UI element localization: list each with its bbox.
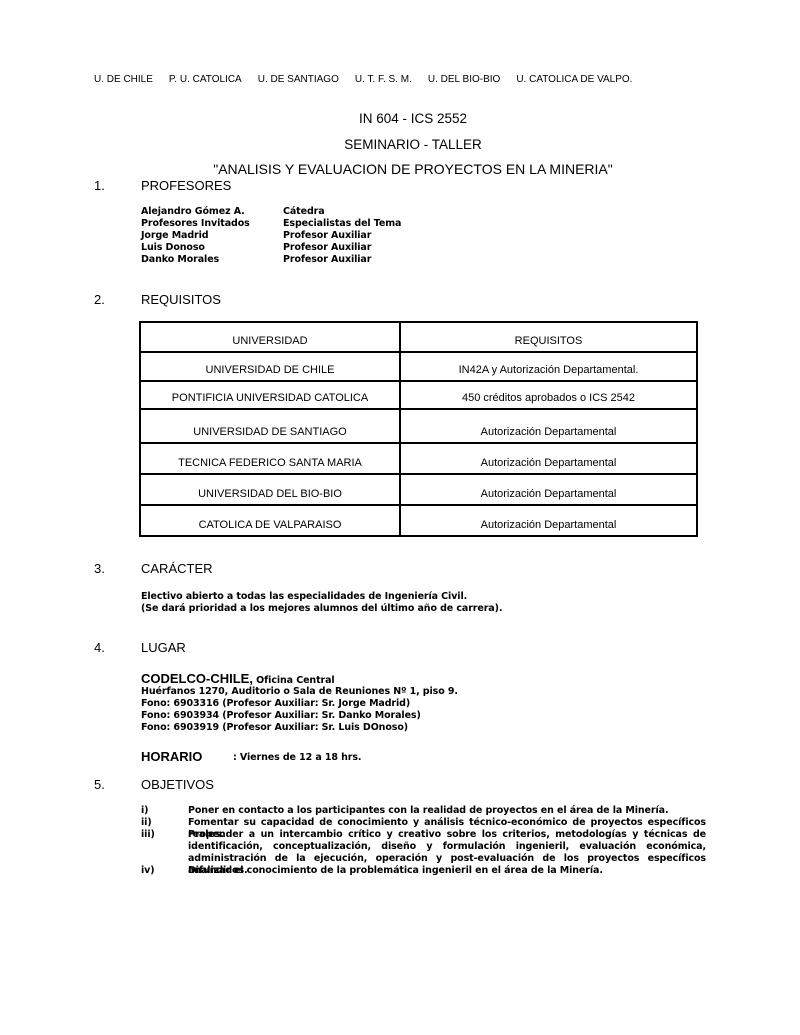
lugar-address: Huérfanos 1270, Auditorio o Sala de Reun… <box>141 686 458 697</box>
professor-name: Profesores Invitados <box>141 218 250 229</box>
section-title-profesores: PROFESORES <box>141 178 231 193</box>
section-title-requisitos: REQUISITOS <box>141 292 221 307</box>
professor-role: Profesor Auxiliar <box>283 254 371 265</box>
section-number: 3. <box>94 561 105 576</box>
section-title-caracter: CARÁCTER <box>141 561 213 576</box>
lugar-phone: Fono: 6903919 (Profesor Auxiliar: Sr. Lu… <box>141 722 408 733</box>
course-name-title: "ANALISIS Y EVALUACION DE PROYECTOS EN L… <box>0 161 800 177</box>
table-header-row: UNIVERSIDAD REQUISITOS <box>140 322 697 352</box>
table-cell-requirement: Autorización Departamental <box>400 443 697 474</box>
objective-text: Difundir el conocimiento de la problemát… <box>188 865 706 877</box>
lugar-phone: Fono: 6903316 (Profesor Auxiliar: Sr. Jo… <box>141 698 410 709</box>
university-label: U. T. F. S. M. <box>355 74 412 85</box>
university-label: P. U. CATOLICA <box>169 74 242 85</box>
objective-label: ii) <box>141 817 152 829</box>
section-number: 4. <box>94 640 105 655</box>
requirements-table: UNIVERSIDAD REQUISITOS UNIVERSIDAD DE CH… <box>139 321 698 537</box>
university-label: U. DE CHILE <box>94 74 153 85</box>
objective-label: i) <box>141 805 148 817</box>
professor-name: Alejandro Gómez A. <box>141 206 245 217</box>
table-cell-university: PONTIFICIA UNIVERSIDAD CATOLICA <box>140 381 400 409</box>
objective-label: iii) <box>141 829 155 841</box>
table-cell-university: UNIVERSIDAD DE SANTIAGO <box>140 409 400 443</box>
university-label: U. CATOLICA DE VALPO. <box>516 74 632 85</box>
course-type-title: SEMINARIO - TALLER <box>0 137 800 152</box>
table-header-cell: REQUISITOS <box>400 322 697 352</box>
caracter-line: (Se dará prioridad a los mejores alumnos… <box>141 603 502 614</box>
section-number: 2. <box>94 292 105 307</box>
lugar-phone: Fono: 6903934 (Profesor Auxiliar: Sr. Da… <box>141 710 421 721</box>
professor-name: Jorge Madrid <box>141 230 209 241</box>
university-label: U. DE SANTIAGO <box>258 74 339 85</box>
table-row: UNIVERSIDAD DE SANTIAGO Autorización Dep… <box>140 409 697 443</box>
section-number: 1. <box>94 178 105 193</box>
university-label: U. DEL BIO-BIO <box>428 74 500 85</box>
organization-office: Oficina Central <box>253 675 335 686</box>
section-title-objetivos: OBJETIVOS <box>141 777 214 792</box>
professor-role: Profesor Auxiliar <box>283 242 371 253</box>
university-header-strip: U. DE CHILE P. U. CATOLICA U. DE SANTIAG… <box>94 74 648 85</box>
table-cell-requirement: Autorización Departamental <box>400 409 697 443</box>
table-row: UNIVERSIDAD DE CHILE IN42A y Autorizació… <box>140 352 697 381</box>
table-row: PONTIFICIA UNIVERSIDAD CATOLICA 450 créd… <box>140 381 697 409</box>
objective-item: iv) Difundir el conocimiento de la probl… <box>141 865 706 877</box>
table-cell-university: UNIVERSIDAD DE CHILE <box>140 352 400 381</box>
course-code-title: IN 604 - ICS 2552 <box>0 111 800 126</box>
objective-label: iv) <box>141 865 155 877</box>
professor-name: Danko Morales <box>141 254 219 265</box>
table-cell-requirement: IN42A y Autorización Departamental. <box>400 352 697 381</box>
professor-name: Luis Donoso <box>141 242 205 253</box>
table-cell-requirement: 450 créditos aprobados o ICS 2542 <box>400 381 697 409</box>
professor-role: Cátedra <box>283 206 325 217</box>
organization-name: CODELCO-CHILE, <box>141 671 253 686</box>
professor-role: Especialistas del Tema <box>283 218 401 229</box>
section-title-lugar: LUGAR <box>141 640 186 655</box>
table-row: CATOLICA DE VALPARAISO Autorización Depa… <box>140 505 697 536</box>
horario-value: : Viernes de 12 a 18 hrs. <box>233 752 361 763</box>
table-cell-university: UNIVERSIDAD DEL BIO-BIO <box>140 474 400 505</box>
objective-item: i) Poner en contacto a los participantes… <box>141 805 706 817</box>
objective-text: Poner en contacto a los participantes co… <box>188 805 706 817</box>
table-row: TECNICA FEDERICO SANTA MARIA Autorizació… <box>140 443 697 474</box>
table-cell-requirement: Autorización Departamental <box>400 505 697 536</box>
table-cell-university: TECNICA FEDERICO SANTA MARIA <box>140 443 400 474</box>
horario-label: HORARIO <box>141 749 202 764</box>
table-header-cell: UNIVERSIDAD <box>140 322 400 352</box>
caracter-line: Electivo abierto a todas las especialida… <box>141 591 467 602</box>
table-row: UNIVERSIDAD DEL BIO-BIO Autorización Dep… <box>140 474 697 505</box>
table-cell-university: CATOLICA DE VALPARAISO <box>140 505 400 536</box>
table-cell-requirement: Autorización Departamental <box>400 474 697 505</box>
section-number: 5. <box>94 777 105 792</box>
professor-role: Profesor Auxiliar <box>283 230 371 241</box>
